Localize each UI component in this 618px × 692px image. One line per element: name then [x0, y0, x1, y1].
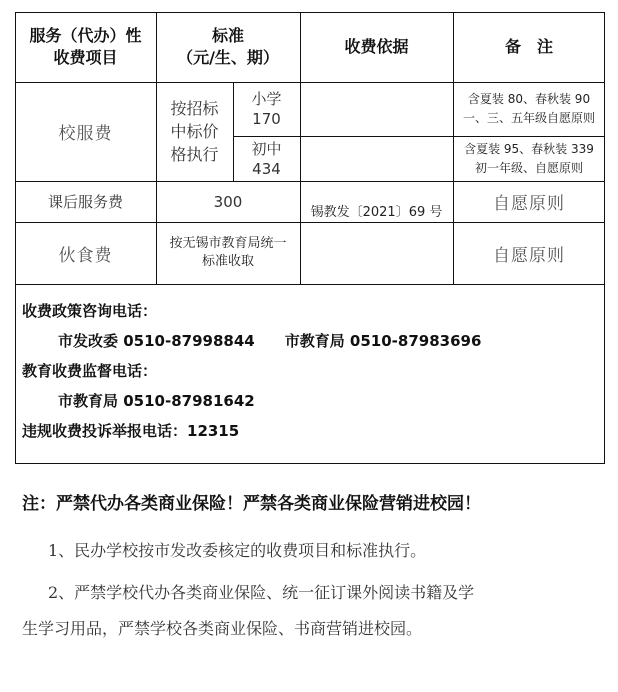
contact-section: 收费政策咨询电话： 市发改委 0510-87998844 市教育局 0510-8… [22, 296, 481, 446]
uniform-primary-remark: 含夏装 80、春秋装 90 一、三、五年级自愿原则 [453, 82, 605, 136]
item-after-school: 课后服务费 [15, 181, 156, 222]
policy-hotline-numbers: 市发改委 0510-87998844 市教育局 0510-87983696 [22, 326, 481, 356]
header-standard-line1: 标准 [212, 25, 244, 47]
header-standard: 标准 （元/生、期） [156, 12, 300, 82]
supervision-hotline-number: 市教育局 0510-87981642 [22, 386, 481, 416]
standard-line: 按无锡市教育局统一 [169, 235, 286, 253]
price-value: 300 [214, 192, 243, 212]
header-item-line2: 收费项目 [53, 47, 117, 69]
uniform-standard-line: 格执行 [170, 143, 218, 166]
complaint-hotline: 违规收费投诉举报电话：12315 [22, 416, 481, 446]
level-label: 初中 [251, 139, 281, 159]
remark-line: 一、三、五年级自愿原则 [463, 109, 595, 128]
uniform-junior-price: 初中 434 [233, 136, 300, 181]
remark-line: 含夏装 80、春秋装 90 [468, 90, 590, 109]
remark-text: 自愿原则 [493, 189, 565, 214]
item-uniform: 校服费 [15, 82, 156, 181]
note-item-1: 1、民办学校按市发改委核定的收费项目和标准执行。 [22, 538, 582, 564]
supervision-hotline-title: 教育收费监督电话： [22, 356, 481, 386]
note-title: 注：严禁代办各类商业保险！严禁各类商业保险营销进校园！ [22, 489, 481, 514]
after-school-standard: 300 [156, 181, 300, 222]
after-school-basis: 锡教发〔2021〕69 号 [300, 190, 453, 231]
item-meal: 伙食费 [15, 222, 156, 284]
item-uniform-label: 校服费 [59, 119, 113, 144]
item-after-school-label: 课后服务费 [48, 192, 123, 212]
header-remarks: 备 注 [453, 12, 605, 82]
row-divider [15, 284, 605, 285]
standard-line: 标准收取 [202, 253, 254, 271]
price-value: 170 [252, 109, 281, 129]
header-basis-label: 收费依据 [344, 36, 408, 58]
uniform-junior-remark: 含夏装 95、春秋装 339 初一年级、自愿原则 [453, 136, 605, 181]
uniform-standard: 按招标 中标价 格执行 [156, 82, 233, 181]
meal-standard: 按无锡市教育局统一 标准收取 [156, 222, 300, 284]
basis-document: 锡教发〔2021〕69 号 [311, 201, 443, 220]
note-item-2-line1: 2、严禁学校代办各类商业保险、统一征订课外阅读书籍及学 [22, 580, 582, 606]
header-standard-line2: （元/生、期） [177, 47, 279, 69]
note-item-2-line2: 生学习用品，严禁学校各类商业保险、书商营销进校园。 [22, 616, 582, 642]
remark-text: 自愿原则 [493, 241, 565, 266]
price-value: 434 [252, 159, 281, 179]
note-item-2: 2、严禁学校代办各类商业保险、统一征订课外阅读书籍及学 生学习用品，严禁学校各类… [22, 580, 582, 642]
header-remarks-label: 备 注 [505, 36, 553, 58]
header-basis: 收费依据 [300, 12, 453, 82]
after-school-remark: 自愿原则 [453, 181, 605, 222]
note-item-1-text: 1、民办学校按市发改委核定的收费项目和标准执行。 [22, 541, 426, 560]
policy-hotline-title: 收费政策咨询电话： [22, 296, 481, 326]
header-item: 服务（代办）性 收费项目 [15, 12, 156, 82]
remark-line: 含夏装 95、春秋装 339 [464, 140, 594, 159]
item-meal-label: 伙食费 [59, 241, 113, 266]
remark-line: 初一年级、自愿原则 [475, 159, 583, 178]
uniform-standard-line: 按招标 [170, 97, 218, 120]
meal-remark: 自愿原则 [453, 222, 605, 284]
level-label: 小学 [251, 89, 281, 109]
header-item-line1: 服务（代办）性 [29, 25, 141, 47]
uniform-primary-price: 小学 170 [233, 82, 300, 136]
uniform-standard-line: 中标价 [170, 120, 218, 143]
